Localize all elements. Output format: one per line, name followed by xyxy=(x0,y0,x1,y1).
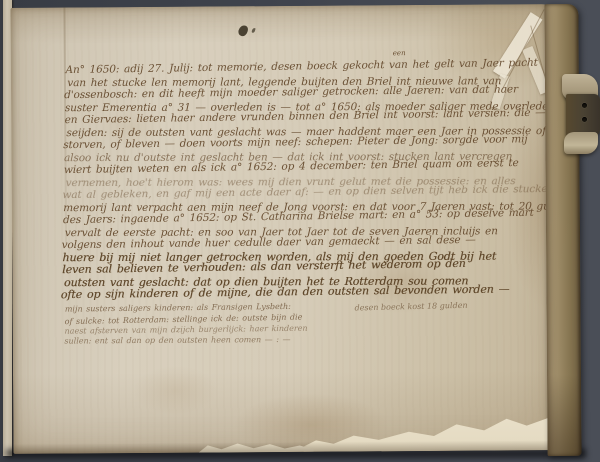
clasp-bottom-flap xyxy=(564,132,598,154)
ink-blot xyxy=(237,24,248,37)
manuscript-text: An° 1650: adij 27. Julij: tot memorie, d… xyxy=(62,59,554,301)
book-clasp xyxy=(558,74,600,154)
book-cover-edge xyxy=(544,4,581,456)
photo-background: een An° 1650: adij 27. Julij: tot memori… xyxy=(0,0,600,462)
clasp-hole xyxy=(582,103,587,108)
clasp-hole xyxy=(582,117,587,122)
manuscript-line: An° 1650: adij 27. Julij: tot memorie, d… xyxy=(65,56,553,76)
clasp-plate xyxy=(566,94,600,136)
manuscript-page: een An° 1650: adij 27. Julij: tot memori… xyxy=(10,4,554,454)
manuscript-small-line: sullen: ent sal dan op den outsten heen … xyxy=(64,333,484,347)
superscript-word: een xyxy=(393,49,406,57)
